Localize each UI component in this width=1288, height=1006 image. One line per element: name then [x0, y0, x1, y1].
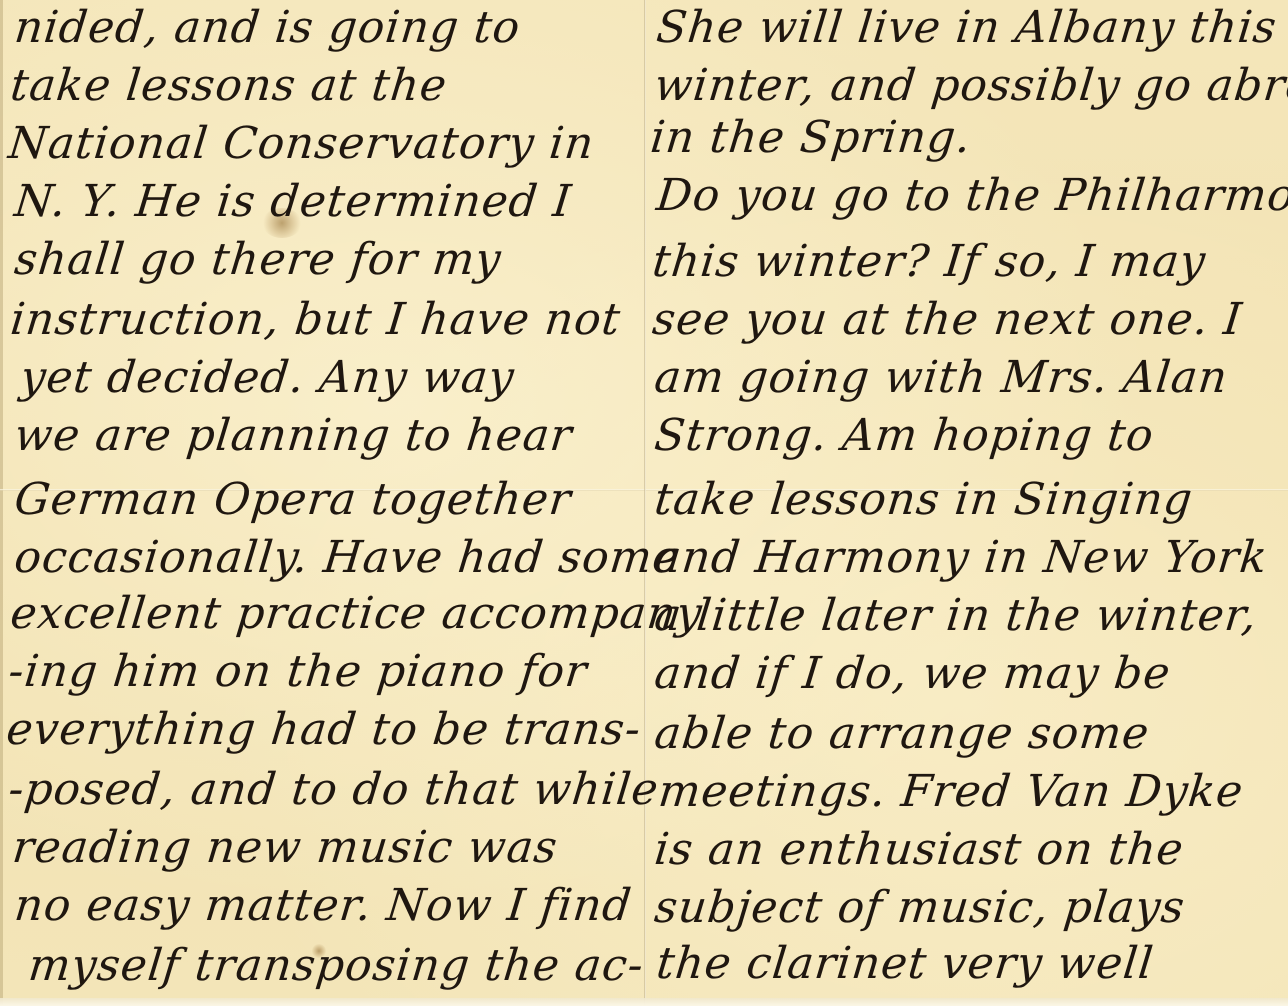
letter-line: is an enthusiast on the — [652, 824, 1186, 876]
letter-line: the clarinet very well — [654, 938, 1156, 990]
letter-line: myself transposing the ac- — [26, 940, 646, 992]
letter-line: in the Spring. — [648, 112, 974, 164]
letter-line: no easy matter. Now I find — [12, 880, 634, 932]
letter-line: take lessons in Singing — [652, 474, 1195, 526]
letter-line: able to arrange some — [652, 708, 1152, 760]
letter-line: meetings. Fred Van Dyke — [656, 766, 1246, 818]
letter-line: -posed, and to do that while — [6, 764, 661, 816]
letter-line: shall go there for my — [12, 234, 504, 286]
letter-line: winter, and possibly go abroad — [652, 60, 1288, 112]
letter-line: German Opera together — [12, 474, 574, 526]
letter-line: Do you go to the Philharmonics — [654, 170, 1288, 222]
letter-line: take lessons at the — [8, 60, 450, 112]
letter-line: reading new music was — [10, 822, 560, 874]
letter-line: am going with Mrs. Alan — [652, 352, 1230, 404]
letter-line: She will live in Albany this — [654, 2, 1279, 54]
letter-line: yet decided. Any way — [18, 352, 517, 404]
letter-line: National Conservatory in — [6, 118, 597, 170]
letter-line: see you at the next one. I — [650, 294, 1245, 346]
letter-scan: nided, and is going to take lessons at t… — [0, 0, 1288, 1006]
letter-line: everything had to be trans- — [4, 704, 644, 756]
letter-line: occasionally. Have had some — [12, 532, 682, 584]
letter-line: this winter? If so, I may — [650, 236, 1208, 288]
letter-line: excellent practice accompany — [8, 588, 705, 640]
letter-line: subject of music, plays — [652, 882, 1188, 934]
letter-line: N. Y. He is determined I — [12, 176, 574, 228]
letter-line: and if I do, we may be — [652, 648, 1173, 700]
letter-line: and Harmony in New York — [652, 532, 1270, 584]
letter-line: nided, and is going to — [12, 2, 523, 54]
letter-line: -ing him on the piano for — [6, 646, 590, 698]
left-page: nided, and is going to take lessons at t… — [0, 0, 644, 1006]
letter-line: instruction, but I have not — [8, 294, 623, 346]
paper-edge-bottom — [0, 998, 1288, 1006]
letter-line: Strong. Am hoping to — [652, 410, 1157, 462]
letter-line: we are planning to hear — [12, 410, 575, 462]
right-page: She will live in Albany this winter, and… — [646, 0, 1288, 1006]
letter-line: a little later in the winter, — [652, 590, 1260, 642]
